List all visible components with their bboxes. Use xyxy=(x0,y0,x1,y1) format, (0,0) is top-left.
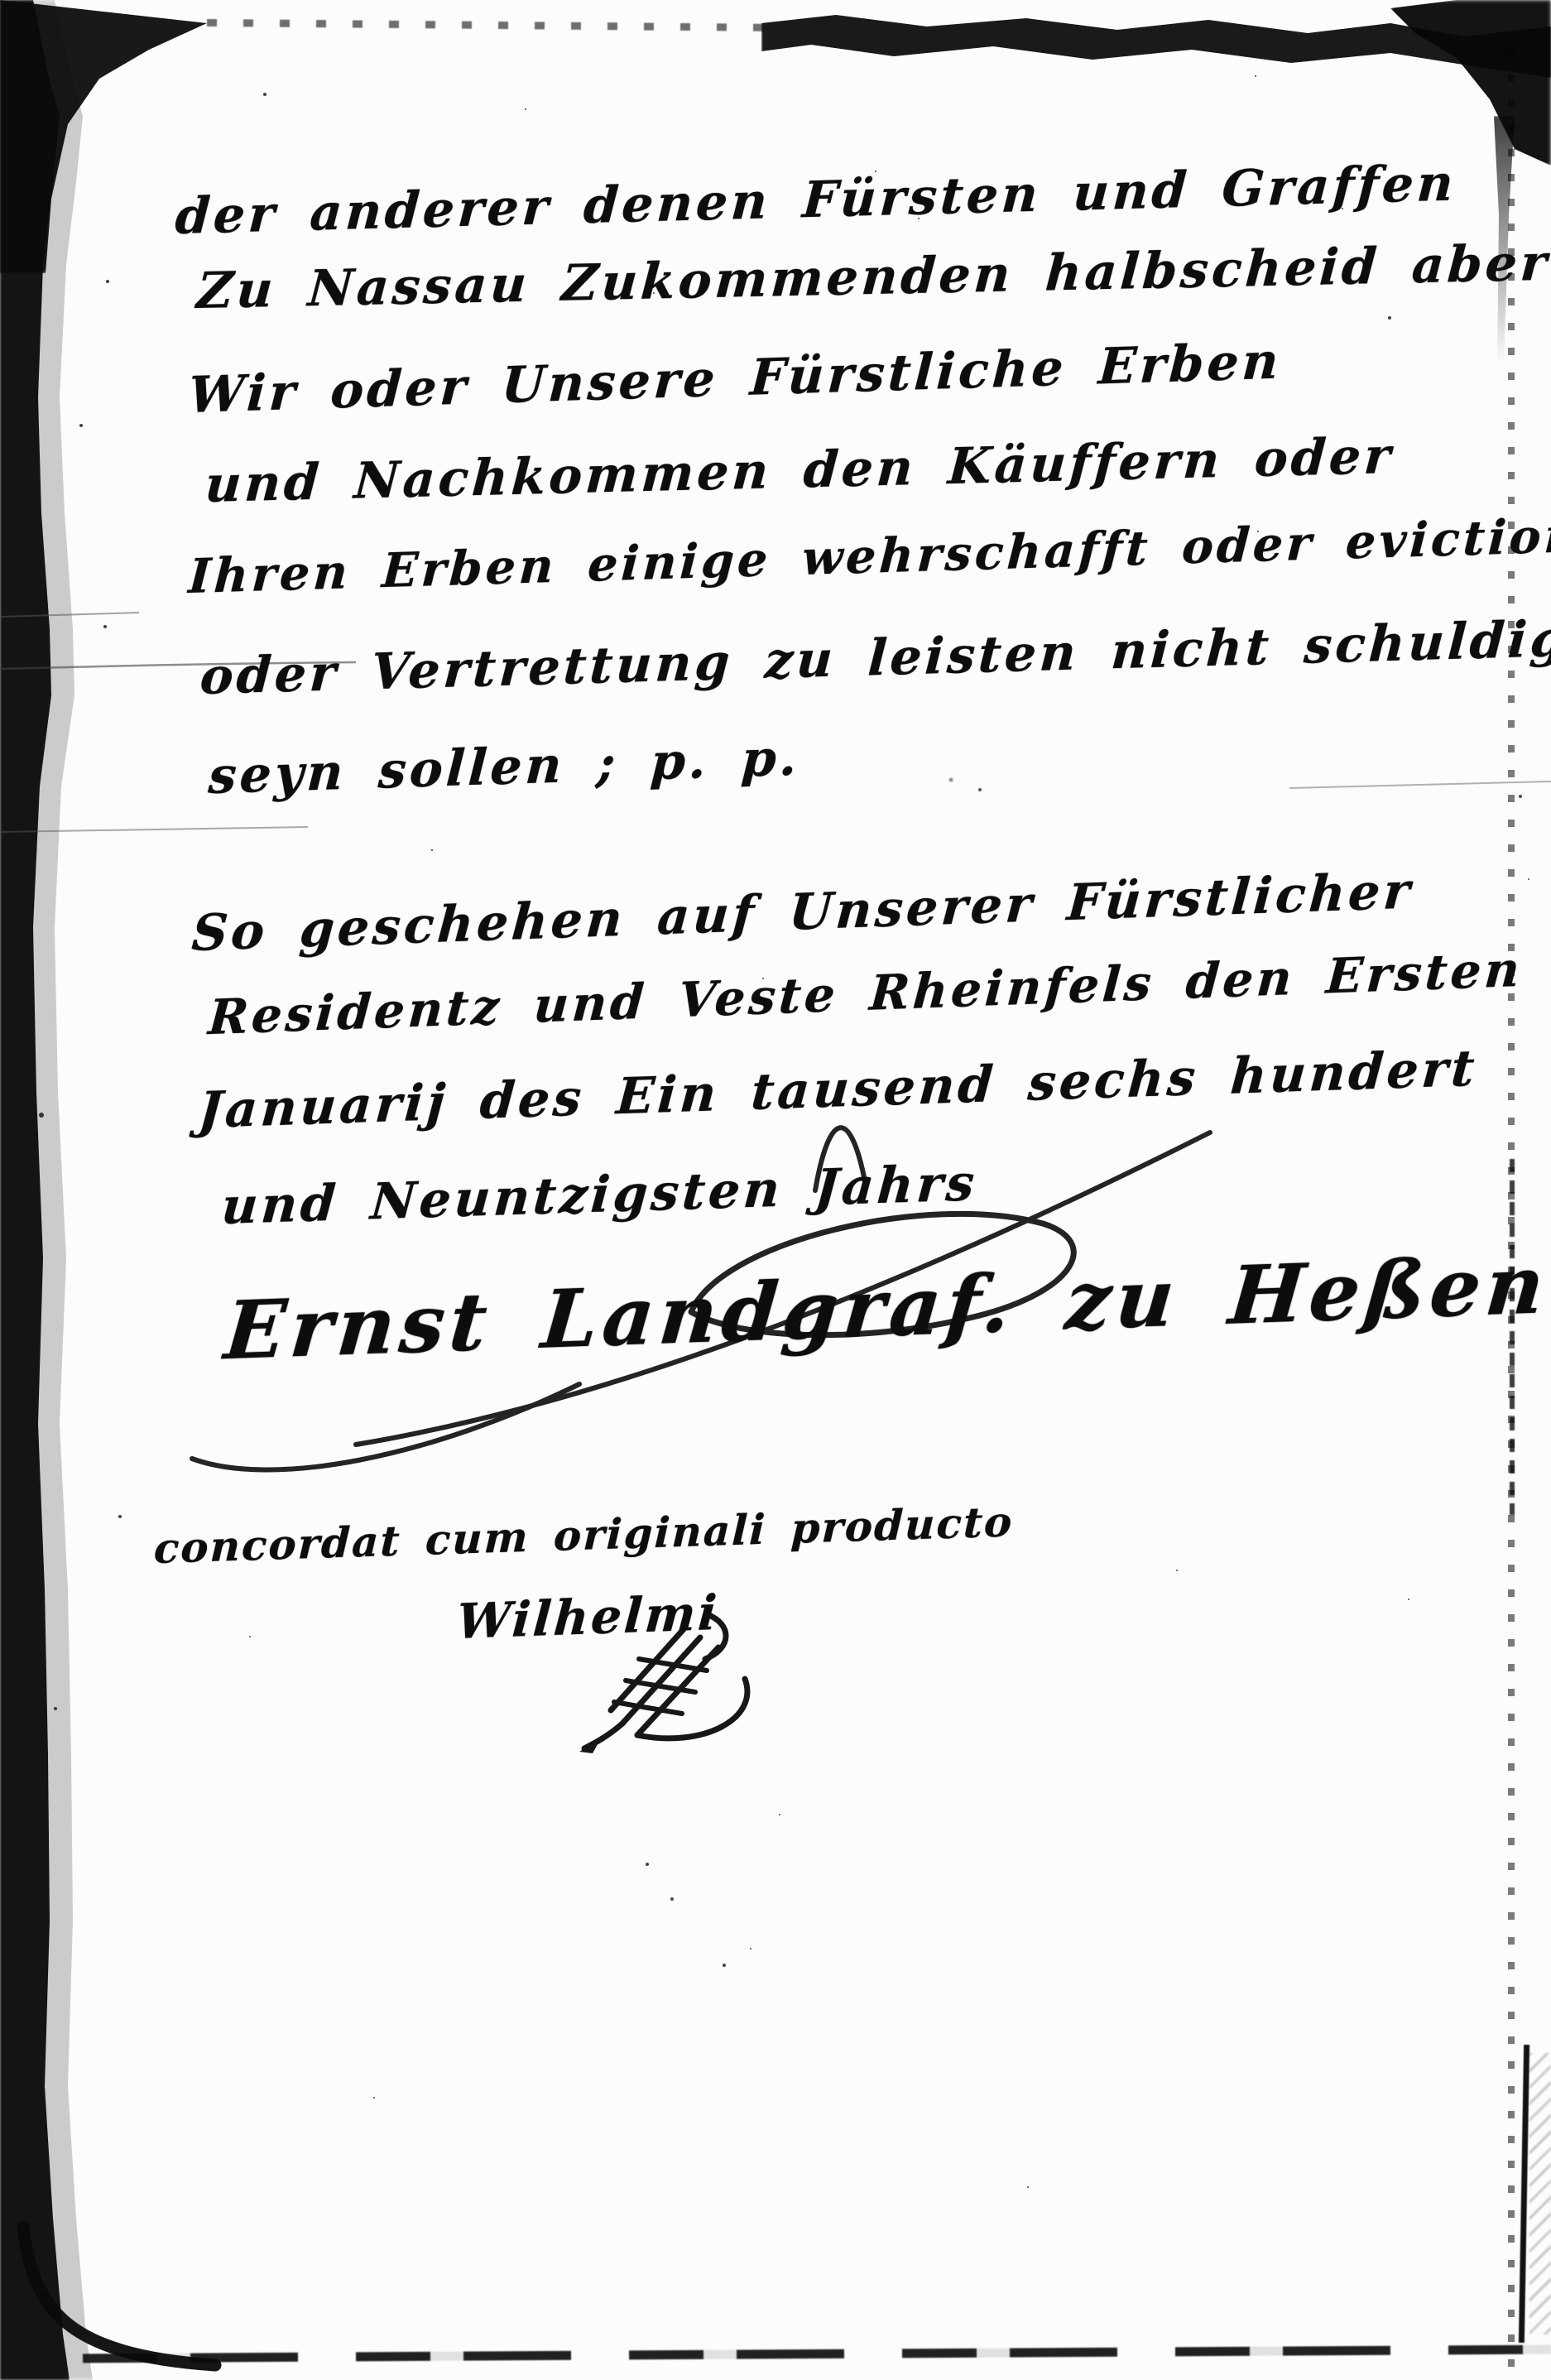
scan-edge-top xyxy=(207,19,786,31)
manuscript-line-9: Residentz und Veste Rheinfels den Ersten xyxy=(207,945,1525,1041)
princely-signature: Ernst Landgraf. zu Heßen. xyxy=(222,1244,1551,1372)
manuscript-line-5: Ihren Erben einige wehrschafft oder evic… xyxy=(187,512,1551,600)
manuscript-line-3: Wir oder Unsere Fürstliche Erben xyxy=(187,336,1283,421)
scan-edge-left xyxy=(0,0,70,2380)
manuscript-line-11: und Neuntzigsten Jahrs xyxy=(220,1158,979,1232)
scanned-document-page: der anderer denen Fürsten und Graffen Zu… xyxy=(0,0,1551,2380)
manuscript-line-4: und Nachkommen den Käuffern oder xyxy=(204,431,1395,510)
clerk-signature: Wilhelmi xyxy=(455,1589,721,1646)
scan-corner-top-right xyxy=(1390,0,1551,166)
manuscript-line-1: der anderer denen Fürsten und Graffen xyxy=(174,158,1457,242)
scan-edge-right-dark-segment xyxy=(1510,1159,1515,1515)
manuscript-line-7: seyn sollen ; p. p. xyxy=(207,733,801,801)
scan-edge-left-fringe xyxy=(0,0,106,2380)
scan-edge-right-bottom-fringe xyxy=(1529,2053,1551,2334)
manuscript-line-2: Zu Nassau Zukommenden halbscheid aber xyxy=(195,238,1551,316)
manuscript-line-8: So geschehen auf Unserer Fürstlicher xyxy=(190,866,1414,959)
certification-note: concordat cum originali producto xyxy=(153,1501,1014,1570)
scan-edge-bottom xyxy=(83,2345,1551,2363)
scan-edge-right-bottom xyxy=(1519,2045,1529,2343)
scan-edge-top-right xyxy=(761,5,1551,78)
manuscript-line-6: oder Vertrettung zu leisten nicht schuld… xyxy=(199,614,1551,702)
manuscript-line-10: Januarij des Ein tausend sechs hundert xyxy=(197,1044,1479,1136)
paper-specks xyxy=(0,0,3,3)
scan-edge-right xyxy=(1508,50,1515,2380)
